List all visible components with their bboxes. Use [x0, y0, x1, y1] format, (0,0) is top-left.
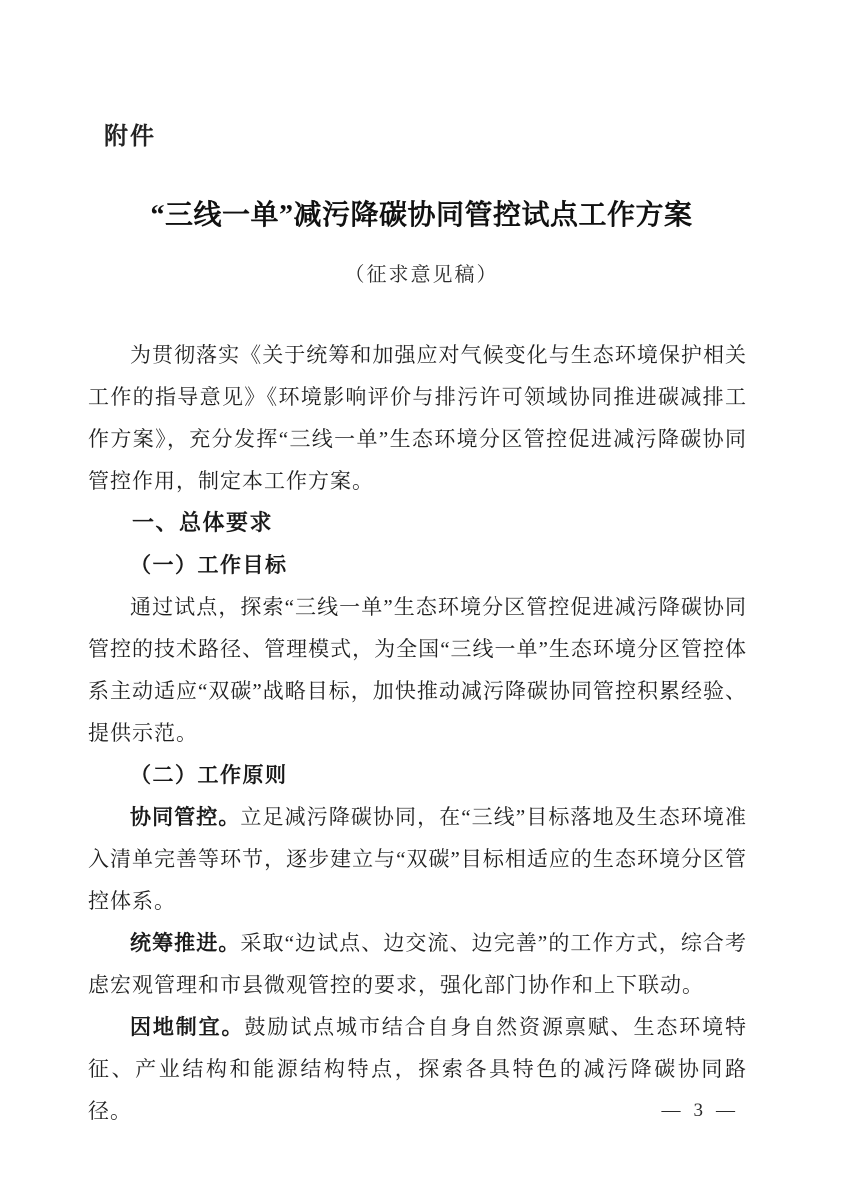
page-number: —3—: [662, 1100, 736, 1122]
work-goal-paragraph: 通过试点，探索“三线一单”生态环境分区管控促进减污降碳协同管控的技术路径、管理模…: [88, 586, 747, 754]
intro-paragraph: 为贯彻落实《关于统筹和加强应对气候变化与生态环境保护相关工作的指导意见》《环境影…: [88, 334, 747, 502]
page-number-value: 3: [694, 1100, 704, 1122]
attachment-label: 附件: [104, 116, 156, 151]
section-heading-overall-requirements: 一、总体要求: [88, 502, 747, 544]
principle-paragraph-coordinated-advancement: 统筹推进。采取“边试点、边交流、边完善”的工作方式，综合考虑宏观管理和市县微观管…: [88, 922, 747, 1006]
principle-term: 因地制宜。: [130, 1015, 244, 1039]
document-title: “三线一单”减污降碳协同管控试点工作方案: [0, 193, 843, 233]
principle-term: 协同管控。: [130, 805, 240, 829]
subsection-heading-work-goal: （一）工作目标: [88, 544, 747, 586]
document-body: 为贯彻落实《关于统筹和加强应对气候变化与生态环境保护相关工作的指导意见》《环境影…: [88, 334, 747, 1132]
principle-term: 统筹推进。: [130, 931, 240, 955]
page-number-dash-left: —: [662, 1100, 681, 1121]
document-subtitle: （征求意见稿）: [0, 258, 843, 287]
document-page: 附件 “三线一单”减污降碳协同管控试点工作方案 （征求意见稿） 为贯彻落实《关于…: [0, 0, 843, 1193]
page-number-dash-right: —: [716, 1100, 735, 1121]
principle-paragraph-collaborative-control: 协同管控。立足减污降碳协同，在“三线”目标落地及生态环境准入清单完善等环节，逐步…: [88, 796, 747, 922]
principle-paragraph-local-adaptation: 因地制宜。鼓励试点城市结合自身自然资源禀赋、生态环境特征、产业结构和能源结构特点…: [88, 1006, 747, 1132]
subsection-heading-work-principles: （二）工作原则: [88, 754, 747, 796]
